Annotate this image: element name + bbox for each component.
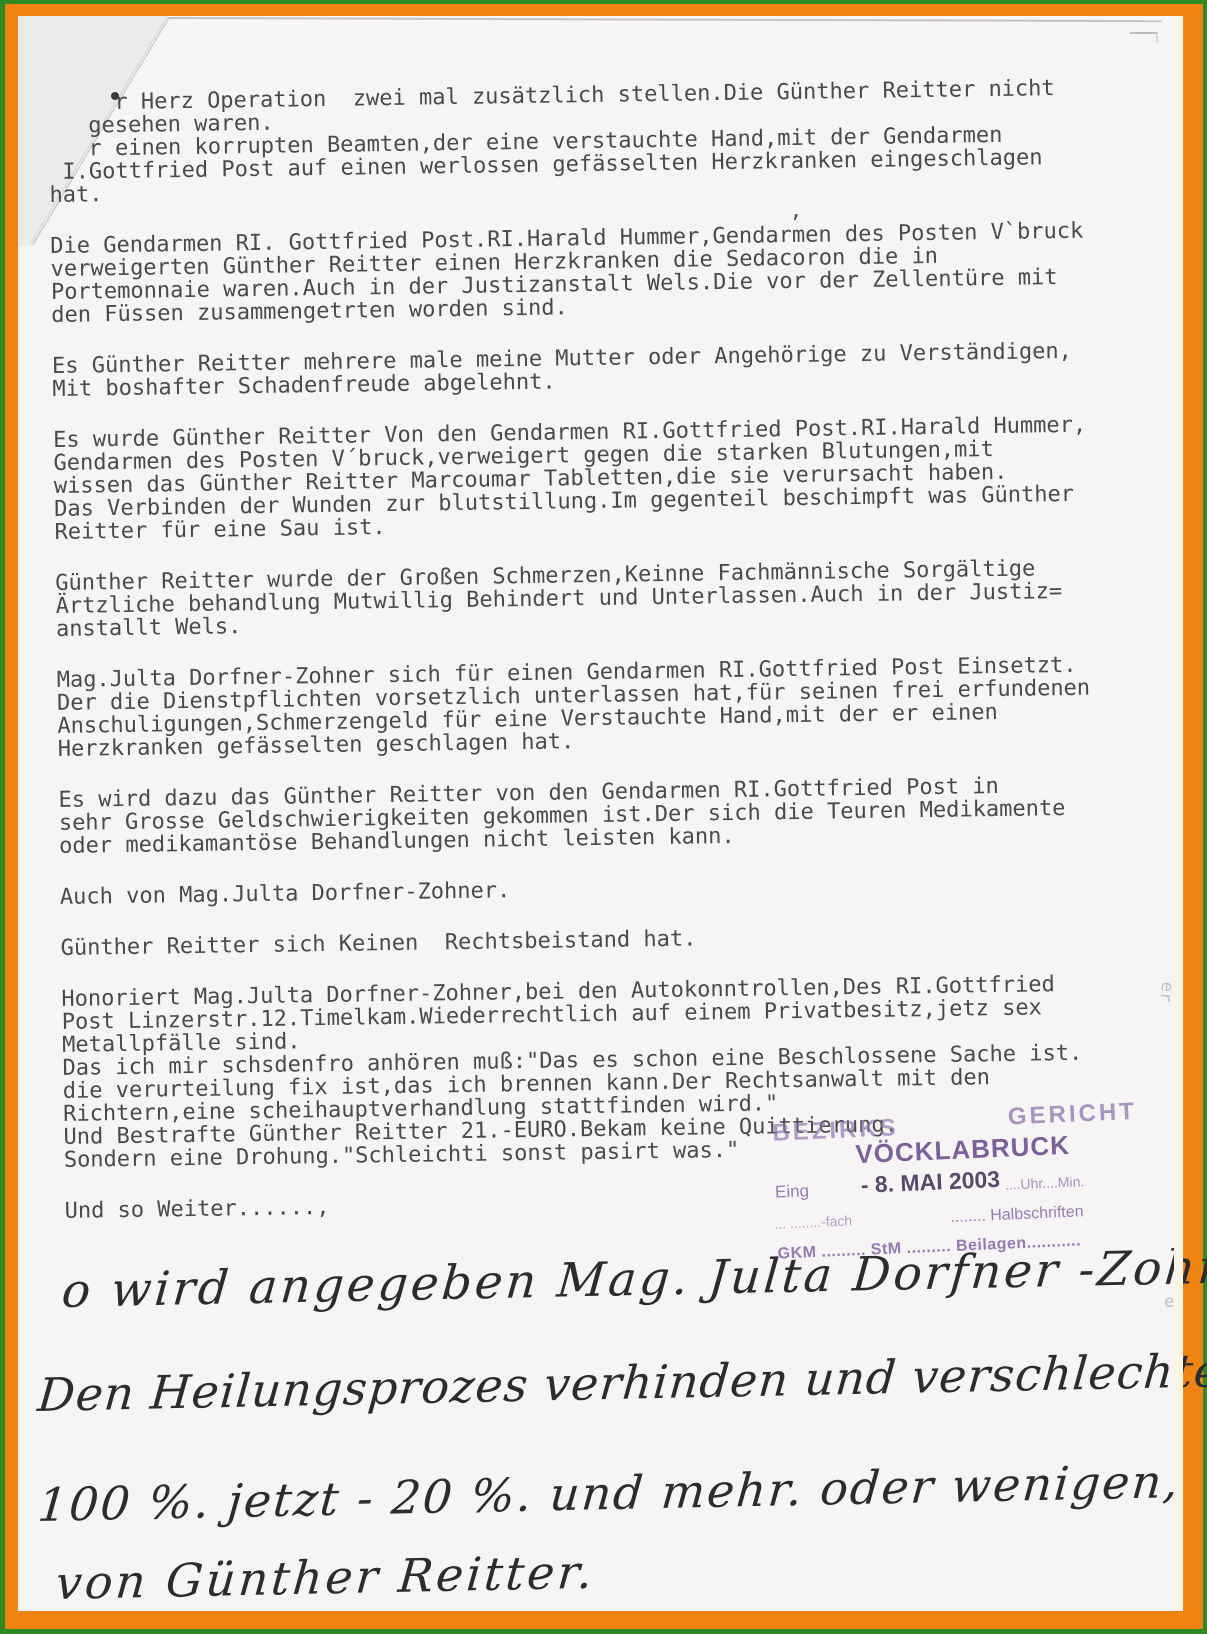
typed-paragraph: Mag.Julta Dorfner-Zohner sich für einen … — [57, 652, 1166, 760]
typed-paragraph: Günther Reitter sich Keinen Rechtsbeista… — [61, 920, 1169, 959]
corner-scan-mark — [1130, 32, 1158, 43]
bleedthrough-text: er — [1164, 1292, 1184, 1312]
typed-paragraph: Die Gendarmen RI. Gottfried Post.RI.Hara… — [50, 219, 1159, 327]
typed-paragraph: Auch von Mag.Julta Dorfner-Zohner. — [60, 869, 1168, 908]
typed-paragraph: Es Günther Reitter mehrere male meine Mu… — [52, 339, 1161, 401]
typed-paragraph: Es wurde Günther Reitter Von den Gendarm… — [53, 413, 1163, 544]
typed-letter-body: r Herz Operation zwei mal zusätzlich ste… — [48, 76, 1173, 1251]
paper-page: r Herz Operation zwei mal zusätzlich ste… — [18, 16, 1174, 1611]
stamp-date: - 8. MAI 2003 — [860, 1166, 1000, 1199]
bleedthrough-text: er — [1155, 981, 1177, 1003]
document-scan: r Herz Operation zwei mal zusätzlich ste… — [0, 0, 1207, 1634]
stamp-word-gericht: GERICHT — [1007, 1098, 1137, 1132]
typed-paragraph: Günther Reitter wurde der Großen Schmerz… — [55, 556, 1164, 641]
handwritten-note-line: Den Heilungsprozes verhinden und verschl… — [36, 1341, 1207, 1422]
stray-comma-mark: , — [790, 198, 802, 222]
typed-paragraph: Es wird dazu das Günther Reitter von den… — [58, 772, 1167, 857]
handwritten-note-line: o wird angegeben Mag. Julta Dorfner -Zoh… — [60, 1239, 1207, 1319]
typed-paragraph: r Herz Operation zwei mal zusätzlich ste… — [48, 76, 1158, 207]
stamp-eingang-label: Eing — [775, 1181, 810, 1202]
paper-top-edge — [166, 17, 1162, 22]
stamp-halbschriften-label: ........ Halbschriften — [950, 1203, 1084, 1227]
handwritten-note-line: 100 %. jetzt - 20 %. und mehr. oder weni… — [36, 1454, 1183, 1532]
handwritten-signature-line: von Günther Reitter. — [54, 1545, 598, 1610]
stamp-fach-label: ... ........-fach — [774, 1212, 852, 1231]
stamp-uhr-min-label: ....Uhr....Min. — [1005, 1173, 1085, 1192]
